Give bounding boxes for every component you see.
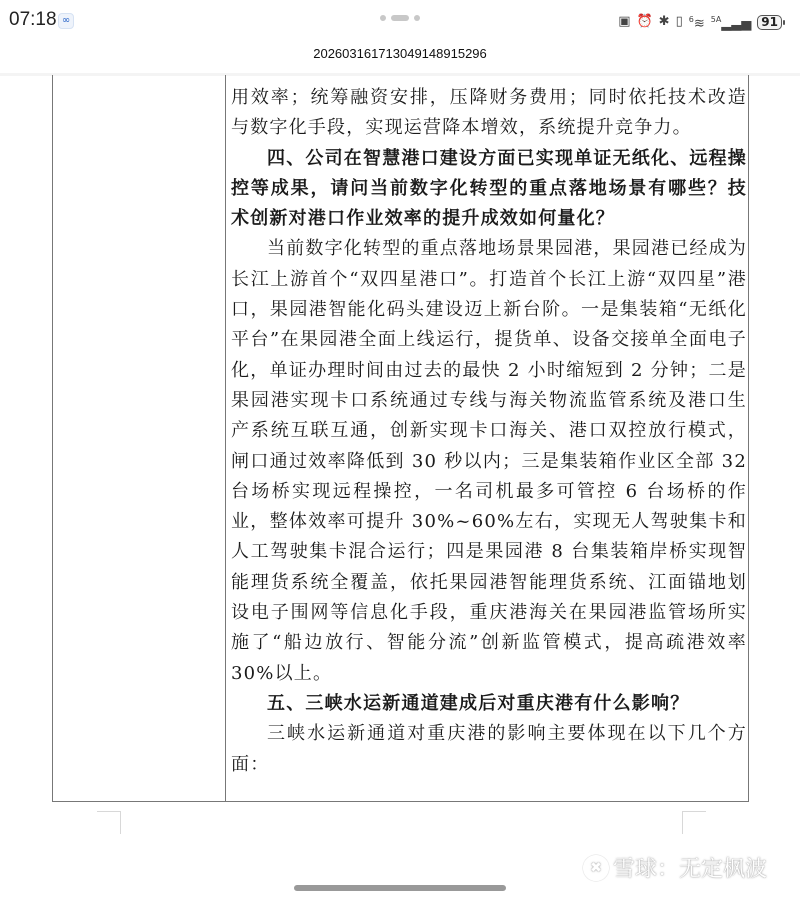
answer-cell: 用效率；统筹融资安排，压降财务费用；同时依托技术改造与数字化手段，实现运营降本增… (231, 83, 747, 780)
nfc-icon: ▣ (618, 14, 630, 30)
watermark: ✖ 雪球：无定枫波 (583, 852, 767, 883)
answer-four: 当前数字化转型的重点落地场景果园港，果园港已经成为长江上游首个“双四星港口”。打… (231, 234, 747, 688)
document-id: 202603161713049148915296 (0, 46, 800, 61)
document-table: 用效率；统筹融资安排，压降财务费用；同时依托技术改造与数字化手段，实现运营降本增… (52, 75, 749, 802)
bluetooth-icon: ✱ (659, 14, 670, 30)
question-four: 四、公司在智慧港口建设方面已实现单证无纸化、远程操控等成果，请问当前数字化转型的… (231, 144, 747, 235)
multi-window-handle[interactable] (380, 15, 420, 21)
page-corner-mark-right (682, 811, 706, 834)
column-divider (225, 75, 226, 801)
answer-five-intro: 三峡水运新通道对重庆港的影响主要体现在以下几个方面： (231, 719, 747, 780)
home-indicator[interactable] (294, 885, 506, 891)
document-header: 202603161713049148915296 (0, 40, 800, 73)
wifi-6-icon: 6≋ (689, 12, 705, 32)
paragraph-continuation: 用效率；统筹融资安排，压降财务费用；同时依托技术改造与数字化手段，实现运营降本增… (231, 83, 747, 144)
xueqiu-logo-icon: ✖ (583, 855, 609, 881)
question-five: 五、三峡水运新通道建成后对重庆港有什么影响？ (231, 689, 747, 719)
status-icons: ▣ ⏰ ✱ ▯ 6≋ 5A▂▃▅ 91 (618, 12, 782, 32)
status-time: 07:18 (9, 9, 57, 31)
watermark-text: 雪球：无定枫波 (613, 852, 767, 883)
status-bar: 07:18 ∞ ▣ ⏰ ✱ ▯ 6≋ 5A▂▃▅ 91 (0, 0, 800, 40)
sync-icon: ∞ (58, 13, 74, 29)
vibrate-icon: ▯ (676, 14, 683, 30)
page-corner-mark-left (97, 811, 121, 834)
battery-indicator: 91 (757, 15, 782, 30)
signal-5a-icon: 5A▂▃▅ (711, 12, 752, 32)
alarm-icon: ⏰ (636, 14, 652, 30)
